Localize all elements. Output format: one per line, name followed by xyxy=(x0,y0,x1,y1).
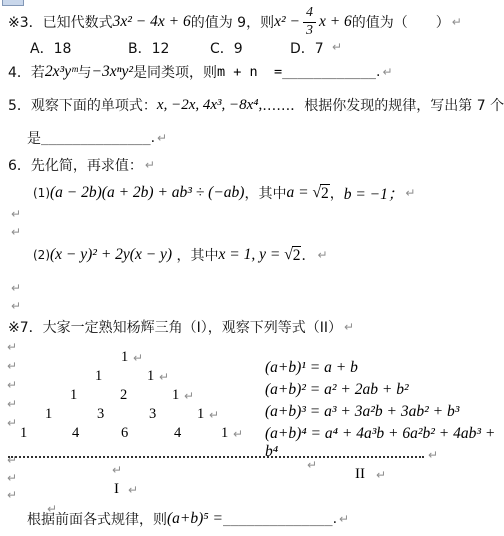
q7-answer-blank: ______________ xyxy=(223,512,333,527)
paragraph-mark: ↵ xyxy=(7,416,17,430)
dotted-separator xyxy=(8,456,424,458)
label-triangle-II: II xyxy=(355,466,365,483)
q6-1-label: (1) xyxy=(33,186,50,200)
paragraph-mark: ↵ xyxy=(332,40,342,54)
q3-expression-1: 3x² − 4x + 6 xyxy=(113,13,191,31)
paragraph-mark: ↵ xyxy=(157,131,167,145)
question-7-final-line: 根据前面各式规律，则(a+b)⁵ =______________.↵ xyxy=(27,508,349,530)
q6-2-label: (2) xyxy=(33,248,50,262)
paragraph-mark: ↵ xyxy=(7,397,17,411)
q4-text-mid: 与 xyxy=(78,62,92,82)
q6-2-qizhong: ，其中 xyxy=(172,245,218,265)
paragraph-mark: ↵ xyxy=(11,225,21,239)
option-d: D．7 xyxy=(290,38,324,58)
equation-power-1: (a+b)¹ = a + b xyxy=(265,359,358,379)
label-triangle-I: I xyxy=(114,481,119,498)
q4-m-plus-n: m + n = xyxy=(217,64,282,80)
q4-answer-blank: ____________ xyxy=(282,65,376,80)
paragraph-mark: ↵ xyxy=(7,378,17,392)
paragraph-mark: ↵ xyxy=(11,281,21,295)
q6-2-expression: (x − y)² + 2y(x − y) xyxy=(50,246,172,264)
triangle-cell: 1 xyxy=(95,368,102,385)
q6-1-b-equals: b = −1； xyxy=(344,182,404,204)
q6-1-a-equals: a = xyxy=(286,184,312,202)
triangle-cell: 1 xyxy=(221,425,228,442)
question-4-line: 4．若2x³yᵐ与−3xⁿy²是同类项，则m + n =____________… xyxy=(8,61,393,83)
triangle-cell: 1 xyxy=(147,368,154,385)
triangle-cell: 6 xyxy=(121,425,128,442)
question-6-part-2: (2)(x − y)² + 2y(x − y) ，其中x = 1, y = √2… xyxy=(33,243,328,267)
q6-2-x-equals: x = 1, y = xyxy=(219,246,285,264)
paragraph-mark: ↵ xyxy=(7,471,17,485)
paragraph-mark: ↵ xyxy=(159,370,169,384)
paragraph-mark: ↵ xyxy=(307,458,317,472)
paragraph-mark: ↵ xyxy=(11,299,21,313)
equation-power-4: (a+b)⁴ = a⁴ + 4a³b + 6a²b² + 4ab³ + b⁴ xyxy=(265,425,504,445)
triangle-cell: 1 xyxy=(45,406,52,423)
paragraph-mark: ↵ xyxy=(112,463,122,477)
q7-title-text: ※7．大家一定熟知杨辉三角（I），观察下列等式（II） xyxy=(8,317,342,337)
q3-expression-2a: x² − xyxy=(274,13,300,31)
triangle-cell: 1 xyxy=(121,349,128,366)
triangle-cell: 1 xyxy=(70,387,77,404)
q5-sequence: x, −2x, 4x³, −8x⁴, xyxy=(157,97,262,114)
paragraph-mark: ↵ xyxy=(339,512,349,526)
equation-power-3: (a+b)³ = a³ + 3a²b + 3ab² + b³ xyxy=(265,403,459,423)
q5-shi: 是 xyxy=(27,128,41,148)
paragraph-mark: ↵ xyxy=(233,427,243,441)
q6-title-text: 6．先化简，再求值： xyxy=(8,155,143,175)
q3-text-pre: ※3．已知代数式 xyxy=(8,12,113,32)
triangle-cell: 1 xyxy=(197,406,204,423)
paragraph-mark: ↵ xyxy=(7,488,17,502)
paragraph-mark: ↵ xyxy=(317,248,327,262)
q6-1-separator: ， xyxy=(330,183,344,203)
q3-text-post: 的值为（ ） xyxy=(352,12,450,32)
fraction-4-3: 43 xyxy=(303,6,316,38)
paragraph-mark: ↵ xyxy=(382,65,392,79)
q4-monomial-2: −3xⁿy² xyxy=(92,63,134,81)
q7-final-expression: (a+b)⁵ = xyxy=(167,510,223,528)
paragraph-mark: ↵ xyxy=(344,320,354,334)
sqrt-2: √2 xyxy=(284,246,301,265)
q4-text-pre: 4．若 xyxy=(8,62,45,82)
paragraph-mark: ↵ xyxy=(376,468,386,482)
question-6-part-1: (1)(a − 2b)(a + 2b) + ab³ ÷ (−ab)，其中a = … xyxy=(33,181,415,205)
triangle-cell: 3 xyxy=(97,406,104,423)
q3-text-mid: 的值为 9，则 xyxy=(191,12,274,32)
q5-text-pre: 5．观察下面的单项式： xyxy=(8,95,157,115)
question-3-options: A．18 B．12 C．9 D．7 ↵ xyxy=(0,38,504,56)
q6-2-period: ． xyxy=(301,245,315,265)
q4-monomial-1: 2x³yᵐ xyxy=(45,63,78,81)
triangle-cell: 3 xyxy=(149,406,156,423)
paragraph-mark: ↵ xyxy=(209,408,219,422)
option-b: B．12 xyxy=(128,38,169,58)
triangle-cell: 4 xyxy=(174,425,181,442)
triangle-cell: 1 xyxy=(172,387,179,404)
paragraph-mark: ↵ xyxy=(145,158,155,172)
question-7-title: ※7．大家一定熟知杨辉三角（I），观察下列等式（II）↵ xyxy=(8,317,354,337)
triangle-cell: 2 xyxy=(120,387,127,404)
paragraph-mark: ↵ xyxy=(452,15,462,29)
q7-final-period: . xyxy=(333,511,337,527)
q5-period: . xyxy=(151,130,155,146)
q6-1-qizhong: ，其中 xyxy=(244,183,286,203)
question-3-line: ※3．已知代数式3x² − 4x + 6的值为 9，则x² −43x + 6的值… xyxy=(8,5,462,39)
q3-expression-2b: x + 6 xyxy=(319,13,352,31)
q4-text-post: 是同类项，则 xyxy=(133,62,217,82)
option-c: C．9 xyxy=(210,38,243,58)
paragraph-mark: ↵ xyxy=(428,448,438,462)
paragraph-mark: ↵ xyxy=(7,453,17,467)
radicand: 2 xyxy=(292,246,302,265)
paragraph-mark: ↵ xyxy=(133,351,143,365)
paragraph-mark: ↵ xyxy=(11,207,21,221)
paragraph-mark: ↵ xyxy=(128,483,138,497)
question-5-answer-line: 是______________.↵ xyxy=(27,128,167,148)
option-a: A．18 xyxy=(30,38,71,58)
paragraph-mark: ↵ xyxy=(7,359,17,373)
equation-power-2: (a+b)² = a² + 2ab + b² xyxy=(265,381,409,401)
paragraph-mark: ↵ xyxy=(405,186,415,200)
question-6-title: 6．先化简，再求值：↵ xyxy=(8,155,155,175)
q4-period: . xyxy=(376,64,380,80)
question-5-line: 5．观察下面的单项式：x, −2x, 4x³, −8x⁴,……．根据你发现的规律… xyxy=(8,95,504,115)
sqrt-2: √2 xyxy=(312,184,329,203)
paragraph-mark: ↵ xyxy=(7,340,17,354)
radicand: 2 xyxy=(320,184,330,203)
paragraph-mark: ↵ xyxy=(184,389,194,403)
worksheet-page: { "chars": { "pilcrow": "↵" }, "q3": { "… xyxy=(0,0,504,536)
triangle-cell: 1 xyxy=(20,425,27,442)
q5-text-post: ……．根据你发现的规律，写出第 7 个式子 xyxy=(262,95,504,115)
fraction-numerator: 4 xyxy=(303,6,316,23)
q5-answer-blank: ______________ xyxy=(41,131,151,146)
q7-final-text: 根据前面各式规律，则 xyxy=(27,509,167,529)
q6-1-expression: (a − 2b)(a + 2b) + ab³ ÷ (−ab) xyxy=(50,184,244,202)
triangle-cell: 4 xyxy=(72,425,79,442)
fraction-denominator: 3 xyxy=(306,23,313,39)
